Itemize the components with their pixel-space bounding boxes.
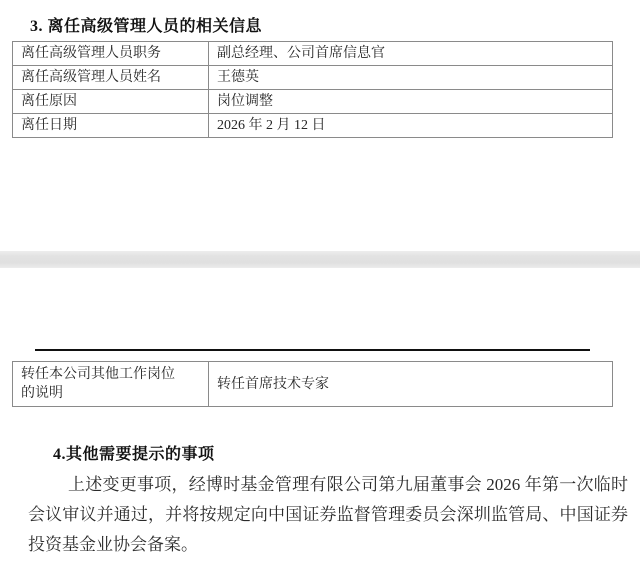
- row-value: 2026 年 2 月 12 日: [209, 114, 613, 138]
- table-row: 转任本公司其他工作岗位的说明 转任首席技术专家: [13, 362, 613, 407]
- row-value: 转任首席技术专家: [209, 362, 613, 407]
- row-value: 岗位调整: [209, 90, 613, 114]
- divider-line: [35, 349, 590, 351]
- table-row: 离任日期 2026 年 2 月 12 日: [13, 114, 613, 138]
- table-row: 离任原因 岗位调整: [13, 90, 613, 114]
- section3-heading: 3. 离任高级管理人员的相关信息: [30, 13, 262, 36]
- page-separator-band: [0, 251, 640, 268]
- row-label: 离任原因: [13, 90, 209, 114]
- transfer-info-table: 转任本公司其他工作岗位的说明 转任首席技术专家: [12, 361, 613, 407]
- row-label: 离任高级管理人员职务: [13, 42, 209, 66]
- section4-heading: 4.其他需要提示的事项: [53, 441, 215, 464]
- row-label: 离任日期: [13, 114, 209, 138]
- row-label: 转任本公司其他工作岗位的说明: [13, 362, 209, 407]
- row-value: 副总经理、公司首席信息官: [209, 42, 613, 66]
- row-value: 王德英: [209, 66, 613, 90]
- row-label: 离任高级管理人员姓名: [13, 66, 209, 90]
- table-row: 离任高级管理人员职务 副总经理、公司首席信息官: [13, 42, 613, 66]
- departure-info-table: 离任高级管理人员职务 副总经理、公司首席信息官 离任高级管理人员姓名 王德英 离…: [12, 41, 613, 138]
- document-page: 3. 离任高级管理人员的相关信息 离任高级管理人员职务 副总经理、公司首席信息官…: [0, 0, 640, 571]
- section4-paragraph: 上述变更事项，经博时基金管理有限公司第九届董事会 2026 年第一次临时会议审议…: [28, 470, 628, 560]
- table-row: 离任高级管理人员姓名 王德英: [13, 66, 613, 90]
